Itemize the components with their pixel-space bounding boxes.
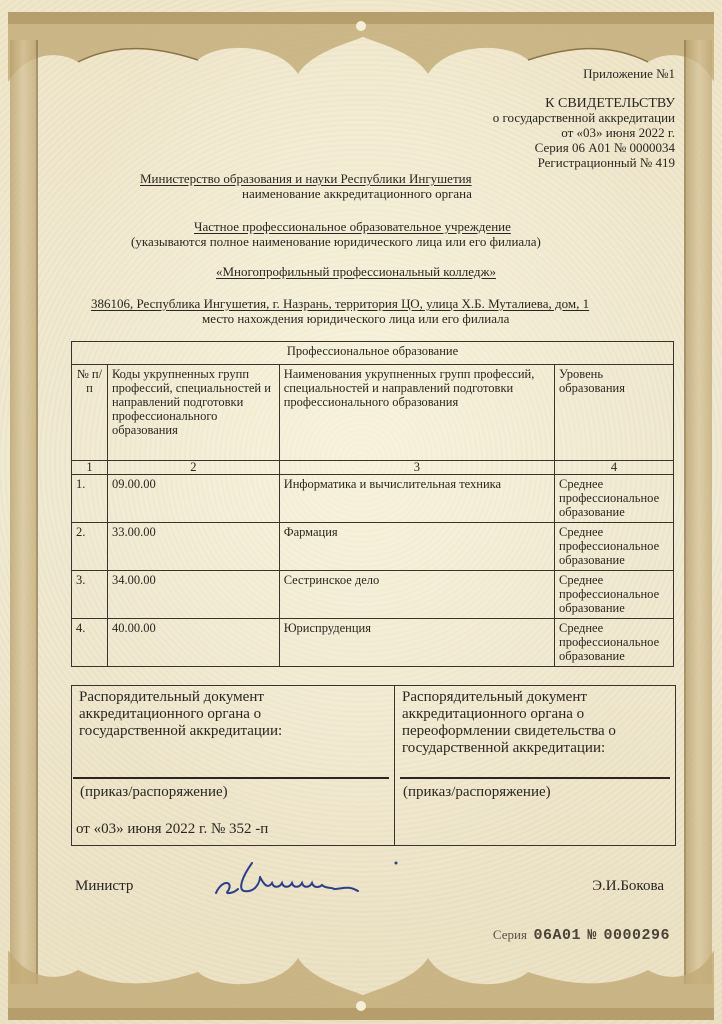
table-row: 1. 09.00.00 Информатика и вычислительная… bbox=[72, 475, 674, 523]
accreditation-order-type: (приказ/распоряжение) bbox=[80, 784, 228, 801]
header-level: Уровень образования bbox=[555, 365, 674, 461]
column-number: 2 bbox=[107, 461, 279, 475]
organization-address-caption: место нахождения юридического лица или е… bbox=[202, 311, 509, 326]
education-level: Среднее профессиональное образование bbox=[555, 619, 674, 667]
column-number: 1 bbox=[72, 461, 108, 475]
program-code: 09.00.00 bbox=[107, 475, 279, 523]
certificate-heading: К СВИДЕТЕЛЬСТВУ bbox=[375, 96, 675, 111]
program-name: Юриспруденция bbox=[279, 619, 554, 667]
program-code: 34.00.00 bbox=[107, 571, 279, 619]
appendix-title: Приложение №1 bbox=[375, 66, 675, 81]
accreditation-order-date: от «03» июня 2022 г. № 352 -п bbox=[76, 821, 268, 838]
accreditation-order: Распорядительный документ аккредитационн… bbox=[72, 686, 395, 845]
education-level: Среднее профессиональное образование bbox=[555, 523, 674, 571]
program-name: Сестринское дело bbox=[279, 571, 554, 619]
row-number: 2. bbox=[72, 523, 108, 571]
program-name: Фармация bbox=[279, 523, 554, 571]
table-row: 4. 40.00.00 Юриспруденция Среднее профес… bbox=[72, 619, 674, 667]
organization-address: 386106, Республика Ингушетия, г. Назрань… bbox=[91, 296, 589, 311]
column-number: 3 bbox=[279, 461, 554, 475]
administrative-documents: Распорядительный документ аккредитационн… bbox=[71, 685, 676, 846]
registration-number: Регистрационный № 419 bbox=[375, 155, 675, 170]
signatory-position: Министр bbox=[75, 878, 133, 895]
header-number: № п/п bbox=[72, 365, 108, 461]
form-series: Серия 06А01 № 0000296 bbox=[493, 927, 670, 944]
reissue-order: Распорядительный документ аккредитационн… bbox=[395, 686, 675, 845]
certificate-subject: о государственной аккредитации bbox=[375, 110, 675, 125]
form-series-code: 06А01 bbox=[533, 927, 581, 944]
header-name: Наименования укрупненных групп профессий… bbox=[279, 365, 554, 461]
row-number: 1. bbox=[72, 475, 108, 523]
reissue-order-type: (приказ/распоряжение) bbox=[403, 784, 551, 801]
organization-type-caption: (указываются полное наименование юридиче… bbox=[131, 234, 541, 249]
accreditation-authority-caption: наименование аккредитационного органа bbox=[242, 186, 472, 201]
form-number: 0000296 bbox=[603, 927, 670, 944]
accreditation-authority: Министерство образования и науки Республ… bbox=[140, 171, 472, 186]
handwritten-signature bbox=[208, 855, 403, 900]
row-number: 3. bbox=[72, 571, 108, 619]
column-number: 4 bbox=[555, 461, 674, 475]
table-caption: Профессиональное образование bbox=[72, 342, 674, 365]
certificate-appendix: Приложение №1 К СВИДЕТЕЛЬСТВУ о государс… bbox=[0, 0, 722, 1024]
organization-name: «Многопрофильный профессиональный коллед… bbox=[216, 264, 496, 279]
reissue-order-heading: Распорядительный документ аккредитационн… bbox=[402, 689, 616, 757]
education-level: Среднее профессиональное образование bbox=[555, 571, 674, 619]
divider bbox=[73, 777, 389, 779]
divider bbox=[400, 777, 670, 779]
organization-type: Частное профессиональное образовательное… bbox=[194, 219, 511, 234]
certificate-date: от «03» июня 2022 г. bbox=[375, 125, 675, 140]
row-number: 4. bbox=[72, 619, 108, 667]
education-level: Среднее профессиональное образование bbox=[555, 475, 674, 523]
program-code: 33.00.00 bbox=[107, 523, 279, 571]
program-code: 40.00.00 bbox=[107, 619, 279, 667]
programs-table: Профессиональное образование № п/п Коды … bbox=[71, 341, 674, 667]
accreditation-order-heading: Распорядительный документ аккредитационн… bbox=[79, 689, 282, 740]
form-series-label: Серия bbox=[493, 927, 527, 942]
program-name: Информатика и вычислительная техника bbox=[279, 475, 554, 523]
table-row: 3. 34.00.00 Сестринское дело Среднее про… bbox=[72, 571, 674, 619]
table-row: 2. 33.00.00 Фармация Среднее профессиона… bbox=[72, 523, 674, 571]
certificate-series: Серия 06 А01 № 0000034 bbox=[375, 140, 675, 155]
signatory-name: Э.И.Бокова bbox=[464, 878, 664, 895]
header-code: Коды укрупненных групп профессий, специа… bbox=[107, 365, 279, 461]
form-number-sign: № bbox=[587, 927, 597, 944]
